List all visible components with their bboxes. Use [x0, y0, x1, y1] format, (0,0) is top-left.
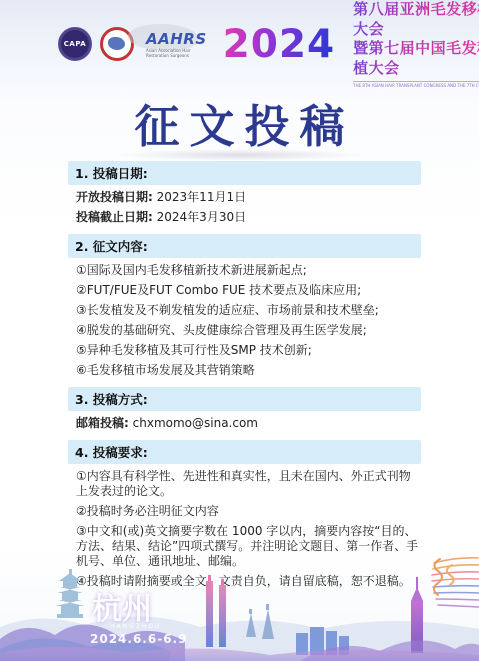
topic-item: ⑥毛发移植市场发展及其营销策略: [70, 363, 421, 378]
poster: CAPA AAHRS Asian Association Hair Restor…: [0, 0, 479, 661]
conference-year: 2024: [223, 22, 336, 67]
date-open-line: 开放投稿日期: 2023年11月1日: [70, 190, 421, 205]
pagoda-icon: [55, 569, 85, 618]
conference-title-line2: 暨第七届中国毛发移植大会: [353, 39, 479, 78]
section-heading: 2. 征文内容:: [68, 234, 421, 258]
email-label: 邮箱投稿:: [76, 416, 129, 430]
aahrs-logo-subtext: Asian Association Hair Restoration Surge…: [146, 48, 204, 58]
email-address: chxmomo@sina.com: [133, 416, 258, 430]
page-title: 征文投稿: [0, 90, 479, 155]
section-heading: 4. 投稿要求:: [68, 440, 421, 464]
conference-header: CAPA AAHRS Asian Association Hair Restor…: [58, 20, 465, 68]
topic-item: ③长发植发及不剃发植发的适应症、市场前景和技术壁垒;: [70, 303, 421, 318]
conference-title-english: THE 8TH ASIAN HAIR TRANSPLANT CONGRESS A…: [353, 81, 479, 88]
hangzhou-city-mark: 杭州 HANGZHOU 2024.6.6-6.9: [90, 592, 187, 646]
city-name-en: HANGZHOU: [110, 623, 162, 630]
date-open-value: 2023年11月1日: [157, 190, 246, 204]
page-title-shadow: [115, 149, 365, 161]
topic-item: ②FUT/FUE及FUT Combo FUE 技术要点及临床应用;: [70, 283, 421, 298]
date-deadline-label: 投稿截止日期:: [76, 210, 153, 224]
capa-logo-icon: CAPA: [58, 27, 92, 61]
city-name-cn: 杭州: [92, 592, 152, 627]
section-heading: 1. 投稿日期:: [68, 161, 421, 185]
requirement-item: ②投稿时务必注明征文内容: [70, 504, 421, 519]
conference-title-block: 第八届亚洲毛发移植大会 暨第七届中国毛发移植大会 THE 8TH ASIAN H…: [353, 0, 479, 88]
hangzhou-skyline-illustration: 杭州 HANGZHOU 2024.6.6-6.9: [0, 529, 479, 661]
topic-item: ①国际及国内毛发移植新技术新进展新起点;: [70, 263, 421, 278]
date-deadline-value: 2024年3月30日: [157, 210, 246, 224]
email-line: 邮箱投稿: chxmomo@sina.com: [70, 416, 421, 431]
capa-logo-label: CAPA: [64, 40, 86, 48]
topic-item: ④脱发的基础研究、头皮健康综合管理及再生医学发展;: [70, 323, 421, 338]
date-open-label: 开放投稿日期:: [76, 190, 153, 204]
section-submission-method: 3. 投稿方式: 邮箱投稿: chxmomo@sina.com: [68, 387, 421, 431]
section-submission-dates: 1. 投稿日期: 开放投稿日期: 2023年11月1日 投稿截止日期: 2024…: [68, 161, 421, 225]
topic-item: ⑤异种毛发移植及其可行性及SMP 技术创新;: [70, 343, 421, 358]
asian-games-fan-icon: [432, 558, 479, 607]
aahrs-logo-icon: AAHRS Asian Association Hair Restoration…: [146, 30, 207, 58]
section-heading: 3. 投稿方式:: [68, 387, 421, 411]
aahrs-logo-word: AAHRS: [146, 30, 207, 48]
section-topics: 2. 征文内容: ①国际及国内毛发移植新技术新进展新起点; ②FUT/FUE及F…: [68, 234, 421, 378]
date-deadline-line: 投稿截止日期: 2024年3月30日: [70, 210, 421, 225]
requirement-item: ①内容具有科学性、先进性和真实性，且未在国内、外正式刊物上发表过的论文。: [70, 469, 421, 499]
conference-title-line1: 第八届亚洲毛发移植大会: [353, 0, 479, 39]
event-dates: 2024.6.6-6.9: [90, 632, 187, 646]
